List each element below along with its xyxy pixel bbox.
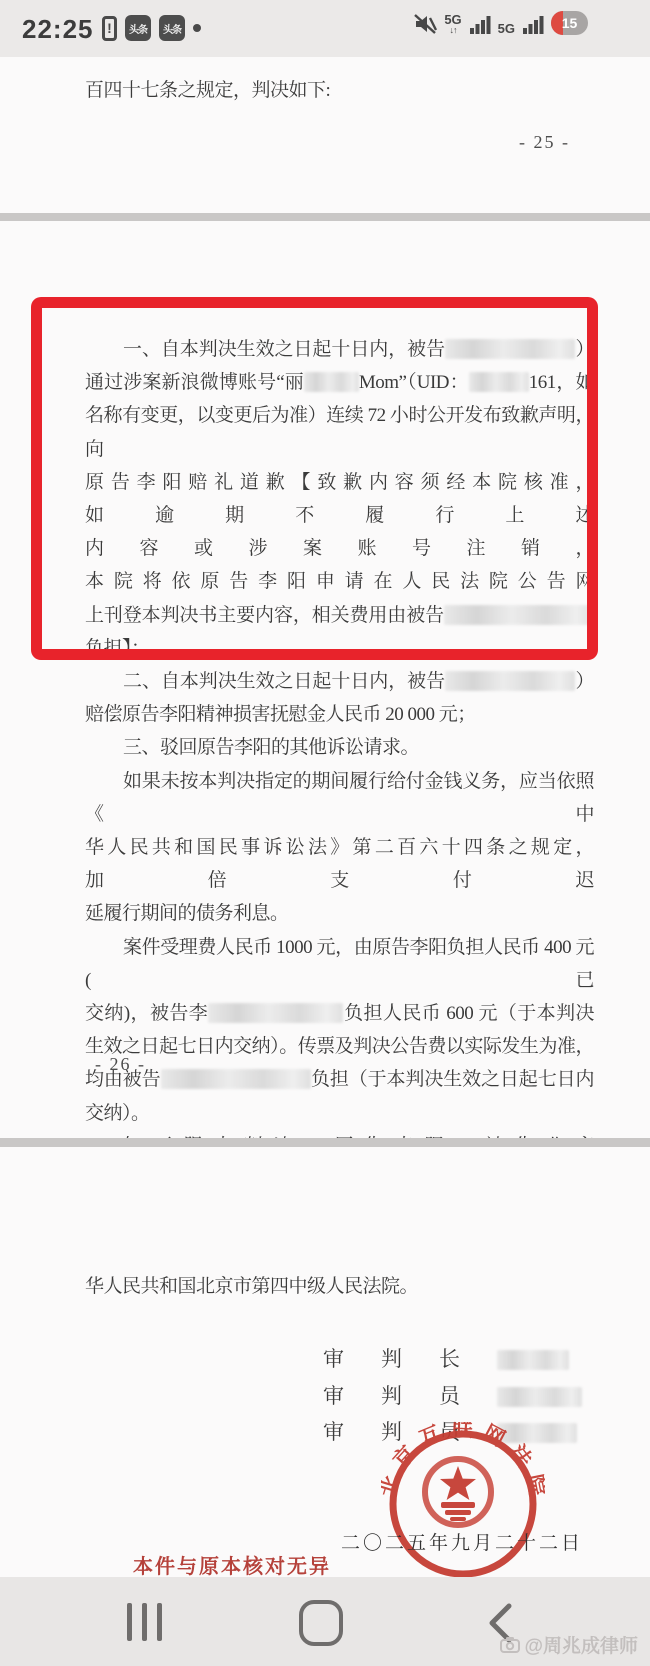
court-name-line: 华人民共和国北京市第四中级人民法院。 [85, 1270, 418, 1303]
doc-text: 交纳）。 [85, 1103, 150, 1124]
document-line: 内容或涉案账号注销，本院将依原告李阳申请在人民法院公告网 [85, 532, 594, 598]
doc-text: 上刊登本判决书主要内容，相关费用由被告 [85, 605, 444, 626]
doc-text: 名称有变更，以变更后为准）连续 72 小时公开发布致歉声明，向 [85, 405, 594, 459]
page-separator [0, 1138, 650, 1147]
redacted-judge-name [497, 1350, 569, 1370]
doc-text: 内容或涉案账号注销，本院将依原告李阳申请在人民法院公告网 [85, 538, 594, 592]
toutiao-notification-icon: 头条 [125, 15, 151, 41]
home-button[interactable] [299, 1600, 343, 1646]
redacted-text [469, 372, 529, 392]
doc-text: 生效之日起七日内交纳）。传票及判决公告费以实际发生为准， [85, 1036, 594, 1057]
document-line: 华人民共和国民事诉讼法》第二百六十四条之规定，加倍支付迟 [85, 831, 594, 897]
recent-apps-button[interactable] [127, 1603, 162, 1641]
doc-text: 原告李阳赔礼道歉【致歉内容须经本院核准，如逾期不履行上述 [85, 472, 594, 526]
network-5g-label: 5G [498, 22, 515, 35]
doc-text: 161，如 [529, 372, 594, 393]
doc-text: 负担】； [85, 638, 150, 659]
page-number-25: - 25 - [519, 126, 570, 159]
doc-text: 负担（于本判决生效之日起七日内 [311, 1069, 594, 1090]
judge-title: 审判长 [323, 1343, 497, 1376]
mute-icon [413, 13, 437, 35]
document-line: 三、驳回原告李阳的其他诉讼请求。 [85, 731, 594, 764]
document-line: 交纳)，被告李负担人民币 600 元（于本判决 [85, 997, 594, 1030]
document-line: 通过涉案新浪微博账号“丽Mom”（UID：161，如 [85, 366, 594, 399]
doc-text: Mom”（UID： [359, 372, 469, 393]
doc-text: 一、自本判决生效之日起十日内，被告 [123, 339, 445, 360]
doc-text: 通过涉案新浪微博账号“丽 [85, 372, 304, 393]
doc-text: 二、自本判决生效之日起十日内，被告 [123, 671, 445, 692]
document-signature-page: 华人民共和国北京市第四中级人民法院。 审判长审判员审判员 北京互联网法院 二〇二… [0, 1147, 650, 1577]
copy-verification-note: 本件与原本核对无异 [133, 1551, 331, 1577]
page-separator [0, 213, 650, 221]
doc-text: ） [575, 339, 594, 360]
redacted-text [161, 1069, 311, 1089]
doc-text: 延履行期间的债务利息。 [85, 903, 289, 924]
document-line: 原告李阳赔礼道歉【致歉内容须经本院核准，如逾期不履行上述 [85, 466, 594, 532]
battery-alert-icon: ! [102, 16, 117, 41]
camera-icon [500, 1636, 520, 1653]
doc-text: 负担人民币 600 元（于本判决 [343, 1003, 594, 1024]
doc-text: 华人民共和国民事诉讼法》第二百六十四条之规定，加倍支付迟 [85, 837, 594, 891]
judge-signature-row: 审判长 [323, 1343, 569, 1376]
judgment-intro-line: 百四十七条之规定，判决如下: [85, 74, 330, 107]
redacted-text [208, 1003, 343, 1023]
doc-text: 如果未按本判决指定的期间履行给付金钱义务，应当依照《中 [85, 771, 594, 825]
document-page-25: 百四十七条之规定，判决如下: - 25 - [0, 57, 650, 213]
watermark-text: @周兆成律师 [524, 1631, 638, 1658]
toutiao-notification-icon: 头条 [159, 15, 185, 41]
document-line: 负担】； [85, 632, 594, 665]
doc-text: 三、驳回原告李阳的其他诉讼请求。 [123, 737, 419, 758]
judge-signature-row: 审判员 [323, 1380, 582, 1413]
status-bar: 22:25 ! 头条 头条 5G↓↑ 5G 15 [0, 0, 650, 57]
document-line: 二、自本判决生效之日起十日内，被告） [85, 665, 594, 698]
judge-title: 审判员 [323, 1380, 497, 1413]
judgment-date: 二〇二五年九月二十二日 [341, 1527, 583, 1560]
doc-text: ） [575, 671, 594, 692]
document-line: 赔偿原告李阳精神损害抚慰金人民币 20 000 元； [85, 698, 594, 731]
battery-level-indicator: 15 [551, 11, 588, 35]
document-line: 名称有变更，以变更后为准）连续 72 小时公开发布致歉声明，向 [85, 399, 594, 465]
document-line: 交纳）。 [85, 1097, 594, 1130]
signal-bars-icon [469, 13, 491, 35]
redacted-text [445, 671, 575, 691]
network-5g-arrows: 5G↓↑ [444, 13, 461, 35]
signal-bars-icon [522, 13, 544, 35]
document-line: 案件受理费人民币 1000 元，由原告李阳负担人民币 400 元(已 [85, 931, 594, 997]
document-line: 上刊登本判决书主要内容，相关费用由被告 [85, 599, 594, 632]
clock: 22:25 [22, 14, 94, 45]
page-number-26: - 26 - [95, 1048, 146, 1081]
doc-text: 案件受理费人民币 1000 元，由原告李阳负担人民币 400 元(已 [85, 937, 594, 991]
redacted-text [304, 372, 359, 392]
doc-text: 赔偿原告李阳精神损害抚慰金人民币 20 000 元； [85, 704, 476, 725]
document-page-26: 一、自本判决生效之日起十日内，被告）通过涉案新浪微博账号“丽Mom”（UID：1… [0, 221, 650, 1138]
android-navigation-bar: @周兆成律师 [0, 1577, 650, 1666]
document-line: 如果未按本判决指定的期间履行给付金钱义务，应当依照《中 [85, 765, 594, 831]
document-line: 一、自本判决生效之日起十日内，被告） [85, 333, 594, 366]
redacted-text [445, 339, 575, 359]
document-line: 延履行期间的债务利息。 [85, 897, 594, 930]
notification-dot-icon [193, 24, 201, 32]
redacted-text [444, 605, 594, 625]
redacted-judge-name [497, 1387, 582, 1407]
document-line: 均由被告负担（于本判决生效之日起七日内 [85, 1063, 594, 1096]
weibo-watermark: @周兆成律师 [500, 1631, 638, 1658]
document-line: 生效之日起七日内交纳）。传票及判决公告费以实际发生为准， [85, 1030, 594, 1063]
doc-text: 交纳)，被告李 [85, 1003, 208, 1024]
